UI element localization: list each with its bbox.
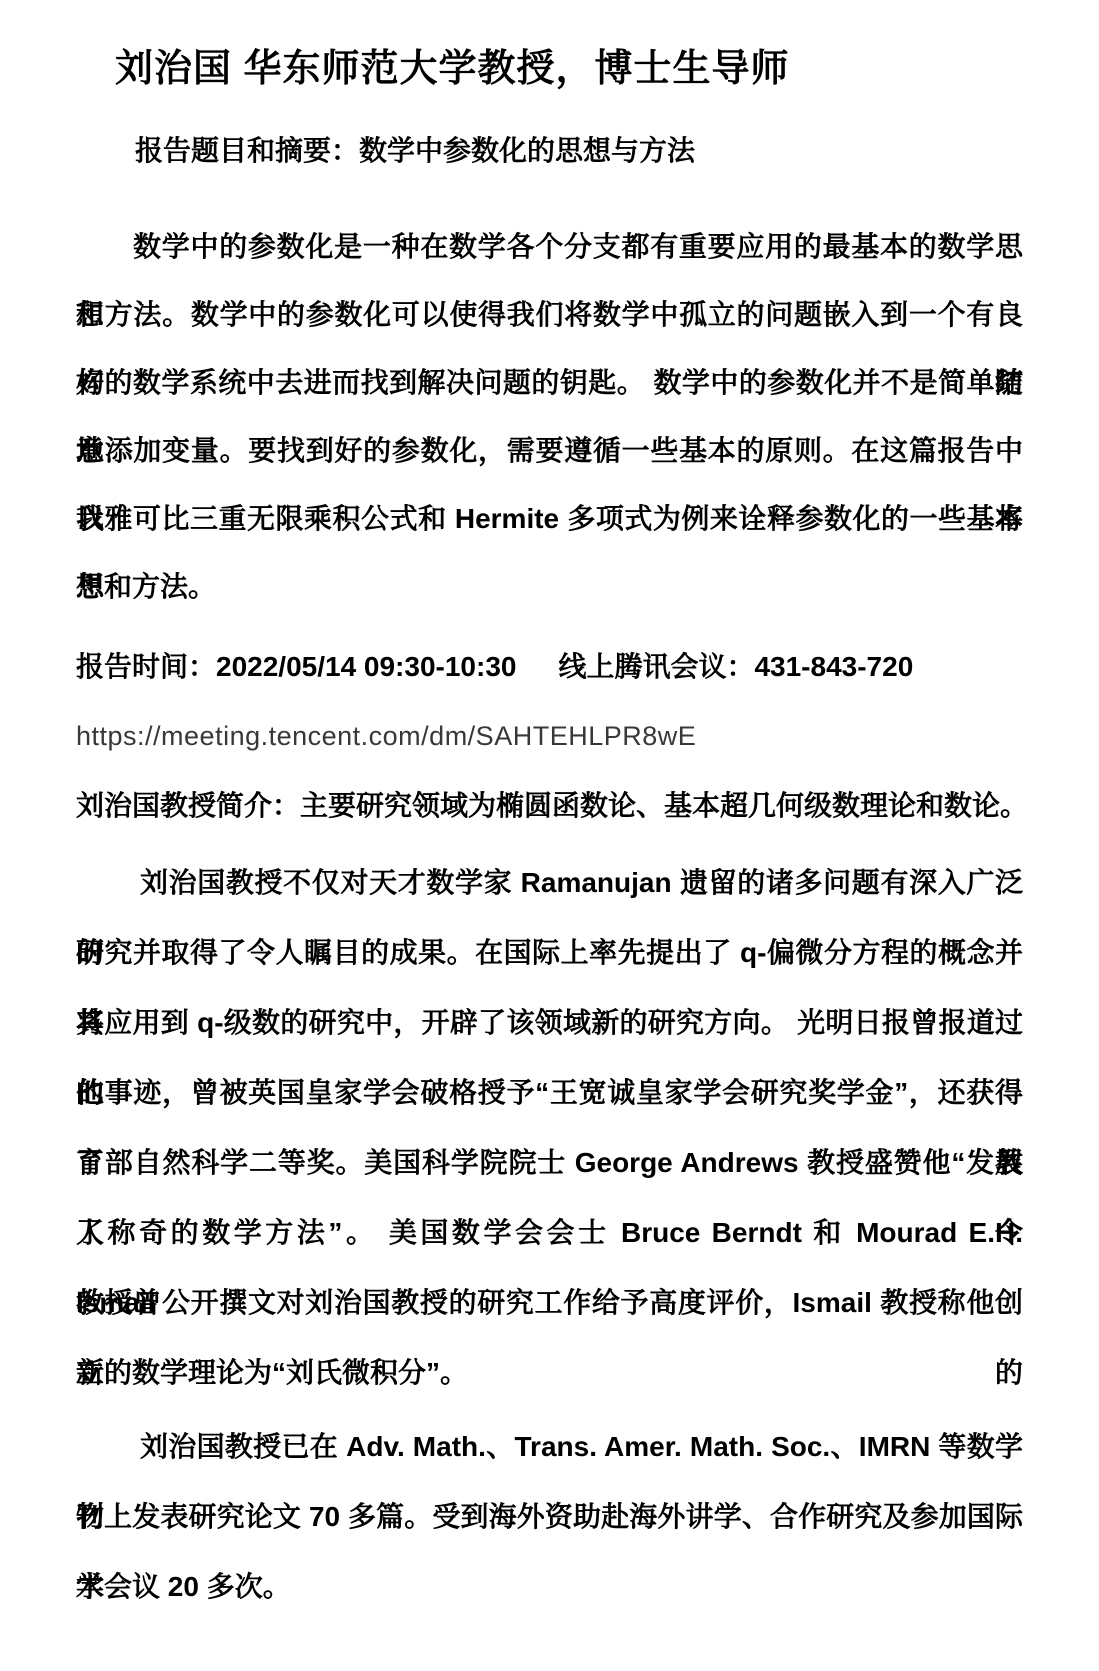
bio-line: 研究并取得了令人瞩目的成果。在国际上率先提出了 q-偏微分方程的概念并将 <box>76 918 1023 988</box>
publications-line: 术会议 20 多次。 <box>76 1552 1023 1622</box>
meeting-id-label: 线上腾讯会议：431-843-720 <box>558 651 913 682</box>
schedule-row: 报告时间：2022/05/14 09:30-10:30线上腾讯会议：431-84… <box>76 650 913 684</box>
abstract-line: 和方法。数学中的参数化可以使得我们将数学中孤立的问题嵌入到一个有良好结 <box>76 281 1023 349</box>
abstract-line: 地添加变量。要找到好的参数化，需要遵循一些基本的原则。在这篇报告中我将 <box>76 417 1023 485</box>
bio-line: 的事迹，曾被英国皇家学会破格授予“王宽诚皇家学会研究奖学金”，还获得了教 <box>76 1058 1023 1128</box>
publications-line: 物上发表研究论文 70 多篇。受到海外资助赴海外讲学、合作研究及参加国际学 <box>76 1482 1023 1552</box>
report-time-label: 报告时间：2022/05/14 09:30-10:30 <box>76 651 516 682</box>
abstract-line: 想和方法。 <box>76 553 1023 621</box>
seminar-announcement-page: 刘治国 华东师范大学教授，博士生导师 报告题目和摘要：数学中参数化的思想与方法 … <box>0 0 1099 1671</box>
abstract-line: 数学中的参数化是一种在数学各个分支都有重要应用的最基本的数学思想 <box>76 213 1023 281</box>
report-topic: 报告题目和摘要：数学中参数化的思想与方法 <box>135 134 695 168</box>
meeting-url[interactable]: https://meeting.tencent.com/dm/SAHTEHLPR… <box>76 719 696 753</box>
abstract-paragraph: 数学中的参数化是一种在数学各个分支都有重要应用的最基本的数学思想 和方法。数学中… <box>76 213 1023 621</box>
bio-line: 人称奇的数学方法”。 美国数学会会士 Bruce Berndt 和 Mourad… <box>76 1198 1023 1268</box>
professor-intro: 刘治国教授简介：主要研究领域为椭圆函数论、基本超几何级数理论和数论。 <box>76 789 1028 823</box>
abstract-line: 以雅可比三重无限乘积公式和 Hermite 多项式为例来诠释参数化的一些基本思 <box>76 485 1023 553</box>
publications-line: 刘治国教授已在 Adv. Math.、Trans. Amer. Math. So… <box>76 1412 1023 1482</box>
bio-line: 育部自然科学二等奖。美国科学院院士 George Andrews 教授盛赞他“发… <box>76 1128 1023 1198</box>
bio-line: 其应用到 q-级数的研究中，开辟了该领域新的研究方向。 光明日报曾报道过他 <box>76 988 1023 1058</box>
bio-line: 刘治国教授不仅对天才数学家 Ramanujan 遗留的诸多问题有深入广泛的 <box>76 848 1023 918</box>
bio-line: 教授曾公开撰文对刘治国教授的研究工作给予高度评价，Ismail 教授称他创立的 <box>76 1268 1023 1338</box>
bio-paragraph: 刘治国教授不仅对天才数学家 Ramanujan 遗留的诸多问题有深入广泛的 研究… <box>76 848 1023 1408</box>
publications-paragraph: 刘治国教授已在 Adv. Math.、Trans. Amer. Math. So… <box>76 1412 1023 1622</box>
page-title: 刘治国 华东师范大学教授，博士生导师 <box>115 46 790 92</box>
abstract-line: 构的数学系统中去进而找到解决问题的钥匙。 数学中的参数化并不是简单随意 <box>76 349 1023 417</box>
